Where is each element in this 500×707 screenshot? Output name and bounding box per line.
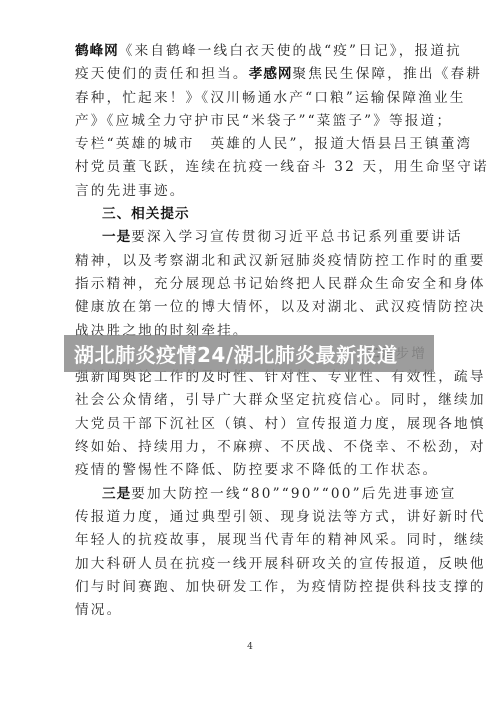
text-line: 疫天使们的责任和担当。孝感网聚焦民生保障，推出《春耕 — [75, 63, 427, 86]
text-span: 《来自鹤峰一线白衣天使的战“疫”日记》，报道抗 — [119, 43, 462, 59]
text-line: 指示精神，充分展现总书记始终把人民群众生命安全和身体 — [75, 273, 427, 296]
text-line: 情况。 — [75, 599, 427, 622]
title-banner-overlay: 湖北肺炎疫情24/湖北肺炎最新报道 — [64, 335, 434, 372]
text-line: 产》《应城全力守护市民“米袋子”“菜篮子”》等报道； — [75, 110, 427, 133]
text-span: 要深入学习宣传贯彻习近平总书记系列重要讲话 — [131, 229, 463, 245]
text-line: 春种，忙起来！》《汉川畅通水产“口粮”运输保障渔业生 — [75, 87, 427, 110]
text-line: 精神，以及考察湖北和武汉新冠肺炎疫情防控工作时的重要 — [75, 250, 427, 273]
document-page: 鹤峰网《来自鹤峰一线白衣天使的战“疫”日记》，报道抗 疫天使们的责任和担当。孝感… — [0, 0, 500, 707]
text-line: 专栏“英雄的城市 英雄的人民”，报道大悟县吕王镇董湾 — [75, 133, 427, 156]
text-line: 健康放在第一位的博大情怀，以及对湖北、武汉疫情防控决 — [75, 296, 427, 319]
text-line: 社会公众情绪，引导广大群众坚定抗疫信心。同时，继续加 — [75, 389, 427, 412]
text-line: 疫情的警惕性不降低、防控要求不降低的工作状态。 — [75, 459, 427, 482]
paragraph-lead: 一是 — [102, 229, 131, 245]
text-span: 疫天使们的责任和担当。 — [75, 66, 249, 82]
text-line: 鹤峰网《来自鹤峰一线白衣天使的战“疫”日记》，报道抗 — [75, 40, 427, 63]
text-line: 终如始、持续用力，不麻痹、不厌战、不侥幸、不松劲，对 — [75, 436, 427, 459]
text-span: 要加大防控一线“80”“90”“00”后先进事迹宣 — [131, 486, 456, 502]
media-name-xiaogan: 孝感网 — [249, 66, 293, 82]
banner-title: 湖北肺炎疫情24/湖北肺炎最新报道 — [74, 339, 398, 368]
text-line: 加大科研人员在抗疫一线开展科研攻关的宣传报道，反映他 — [75, 553, 427, 576]
document-body: 鹤峰网《来自鹤峰一线白衣天使的战“疫”日记》，报道抗 疫天使们的责任和担当。孝感… — [75, 40, 427, 622]
text-line: 三是要加大防控一线“80”“90”“00”后先进事迹宣 — [75, 483, 427, 506]
media-name-hefeng: 鹤峰网 — [75, 43, 119, 59]
text-line: 传报道力度，通过典型引领、现身说法等方式，讲好新时代 — [75, 506, 427, 529]
text-line: 言的先进事迹。 — [75, 180, 427, 203]
section-heading: 三、相关提示 — [75, 203, 427, 226]
text-line: 年轻人的抗疫故事，展现当代青年的精神风采。同时，继续 — [75, 529, 427, 552]
text-span: 聚焦民生保障，推出《春耕 — [293, 66, 483, 82]
text-line: 一是要深入学习宣传贯彻习近平总书记系列重要讲话 — [75, 226, 427, 249]
text-line: 大党员干部下沉社区（镇、村）宣传报道力度，展现各地慎 — [75, 413, 427, 436]
text-line: 村党员董飞跃，连续在抗疫一线奋斗 32 天，用生命坚守诺 — [75, 156, 427, 179]
page-number: 4 — [0, 642, 500, 652]
paragraph-lead: 三是 — [102, 486, 131, 502]
text-line: 们与时间赛跑、加快研发工作，为疫情防控提供科技支撑的 — [75, 576, 427, 599]
